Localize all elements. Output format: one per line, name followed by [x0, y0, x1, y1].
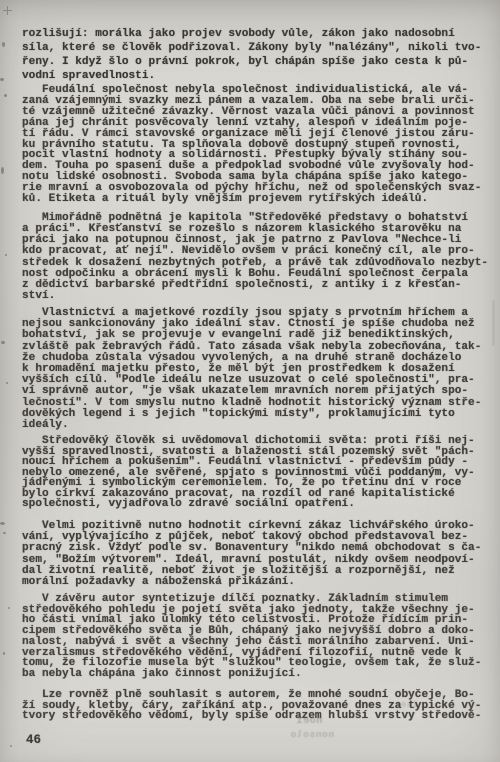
bleedthrough-text: nonsolo [290, 729, 334, 740]
ink-speck [8, 607, 10, 609]
text-line: rozlišují: morálka jako projev svobody v… [22, 27, 481, 41]
ink-speck [4, 94, 7, 97]
paragraph-3: Mimořádně podnětná je kapitola "Středově… [22, 213, 488, 302]
ink-speck [1, 167, 4, 174]
text-line: nalost, nabývá i svět a všechny jeho čás… [22, 637, 481, 648]
registration-mark [3, 6, 12, 15]
ink-speck [10, 745, 12, 747]
paragraph-2: Feudální společnost nebyla společnost in… [22, 85, 481, 205]
text-line: vodní spravedlnosti. [22, 69, 481, 83]
text-line: ideály. [22, 420, 481, 431]
text-line: kdo pracovat, ať nejí". Nevidělo ovšem v… [22, 246, 488, 257]
text-line: tí řádu. V rámci stavovské organizace mě… [22, 129, 481, 140]
paragraph-1: rozlišují: morálka jako projev svobody v… [22, 27, 481, 83]
text-line: bohatství, jak se projevuje v evangelní … [22, 330, 481, 341]
ink-speck [3, 652, 5, 655]
text-line: morální požadavky a náboženská přikázání… [22, 577, 481, 588]
paragraph-5: Středověký člověk si uvědomoval dichotom… [22, 436, 475, 510]
text-line: ba nebyla chápána jako činnost ponižujíc… [22, 669, 481, 680]
paragraph-6: Velmi pozitivně nutno hodnotit církevní … [22, 521, 481, 588]
bleedthrough-text: noei [296, 716, 322, 727]
text-line: síla, které se člověk podřizoval. Zákony… [22, 41, 481, 55]
text-line: z dědictví barbarské předtřídní společno… [22, 280, 488, 291]
scanned-page: rozlišují: morálka jako projev svobody v… [0, 0, 500, 762]
text-line: řeny. I když šlo o právní pokrok, byl ch… [22, 55, 481, 69]
ink-speck [0, 522, 5, 525]
text-line: Středověký člověk si uvědomoval dichotom… [22, 436, 475, 447]
paragraph-4: Vlastnictví a majetkové rozdíly jsou spj… [22, 308, 481, 431]
text-line: dověkých legend i s jejich "topickými mí… [22, 409, 481, 420]
text-line: ství. [22, 291, 488, 302]
bleedthrough-text: ise [400, 700, 418, 710]
ink-speck [3, 532, 6, 534]
text-line: pána jej chránit posvěcovaly lenní vztah… [22, 118, 481, 129]
ink-speck [6, 382, 8, 384]
ink-speck [2, 42, 5, 47]
text-line: pracný zisk. Vždyť podle sv. Bonaventury… [22, 543, 481, 554]
scan-streak [492, 300, 495, 346]
ink-speck [5, 254, 7, 256]
text-line: tvory středověkého vědomí, byly spíše od… [22, 711, 481, 722]
text-line: ků. Etiketa a rituál byly vnějším projev… [22, 194, 481, 205]
ink-speck [0, 78, 4, 81]
page-number: 46 [26, 733, 41, 747]
text-line: jádřenými i symbolickým ceremonielem. To… [22, 478, 475, 489]
text-line: společnosti, vyjadřovalo zdravé sociální… [22, 499, 475, 510]
paragraph-7: V závěru autor syntetizuje dílčí poznatk… [22, 594, 481, 680]
ink-speck [1, 341, 5, 344]
text-line: noucí hříchem a pokušením". Feudální vla… [22, 457, 475, 468]
text-line: ví správně autor, "je však ukazatelem mr… [22, 386, 481, 397]
